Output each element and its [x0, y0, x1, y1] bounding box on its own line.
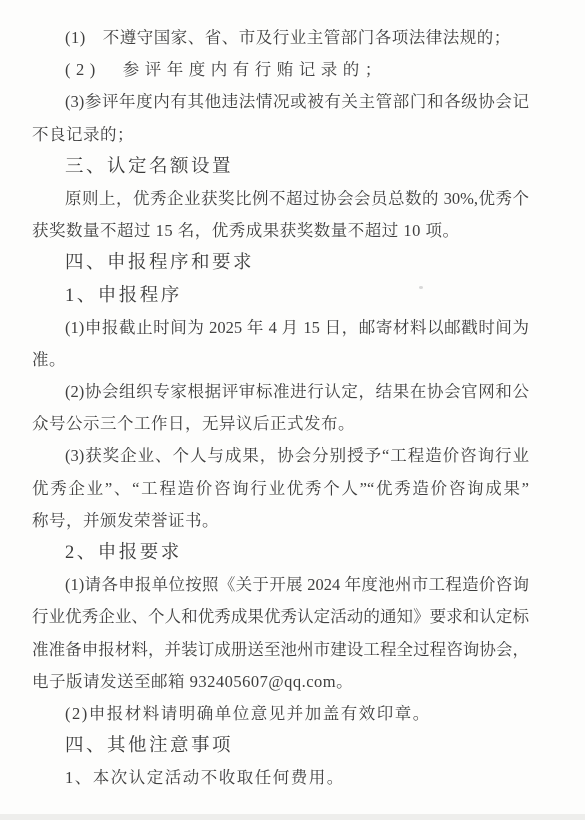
text-line: 准准备申报材料，并装订成册送至池州市建设工程全过程咨询协会，: [32, 634, 529, 666]
text-line: 1、本次认定活动不收取任何费用。: [32, 762, 529, 794]
section-heading: 四、申报程序和要求: [32, 247, 529, 279]
text-line: 优秀企业”、“工程造价咨询行业优秀个人”“优秀造价咨询成果”: [32, 473, 529, 505]
document-page: (1) 不遵守国家、省、市及行业主管部门各项法律法规的； (2) 参评年度内有行…: [0, 0, 585, 820]
page-bottom-scan-band: [0, 814, 585, 820]
text-line: (3)获奖企业、个人与成果，协会分别授予“工程造价咨询行业: [32, 440, 529, 472]
text-line: 原则上，优秀企业获奖比例不超过协会会员总数的 30%,优秀个人: [32, 183, 529, 215]
text-line: (2) 参评年度内有行贿记录的；: [32, 54, 529, 86]
text-line: 众号公示三个工作日，无异议后正式发布。: [32, 408, 529, 440]
section-heading: 四、其他注意事项: [32, 730, 529, 762]
text-line: 行业优秀企业、个人和优秀成果优秀认定活动的通知》要求和认定标: [32, 601, 529, 633]
text-line: 电子版请发送至邮箱 932405607@qq.com。: [32, 666, 529, 698]
text-line: 获奖数量不超过 15 名，优秀成果获奖数量不超过 10 项。: [32, 215, 529, 247]
document-body: (1) 不遵守国家、省、市及行业主管部门各项法律法规的； (2) 参评年度内有行…: [32, 22, 529, 795]
text-line: (1)请各申报单位按照《关于开展 2024 年度池州市工程造价咨询: [32, 569, 529, 601]
text-line: (2)申报材料请明确单位意见并加盖有效印章。: [32, 698, 529, 730]
text-line: (2)协会组织专家根据评审标准进行认定，结果在协会官网和公: [32, 376, 529, 408]
text-line: (1) 不遵守国家、省、市及行业主管部门各项法律法规的；: [32, 22, 529, 54]
text-line: 不良记录的；: [32, 119, 529, 151]
text-line: 称号，并颁发荣誉证书。: [32, 505, 529, 537]
text-line: 准。: [32, 344, 529, 376]
text-line: (3)参评年度内有其他违法情况或被有关主管部门和各级协会记: [32, 86, 529, 118]
sub-heading: 1、申报程序: [32, 280, 529, 312]
sub-heading: 2、申报要求: [32, 537, 529, 569]
text-line: (1)申报截止时间为 2025 年 4 月 15 日，邮寄材料以邮戳时间为: [32, 312, 529, 344]
scan-artifact: [419, 286, 423, 289]
section-heading: 三、认定名额设置: [32, 151, 529, 183]
